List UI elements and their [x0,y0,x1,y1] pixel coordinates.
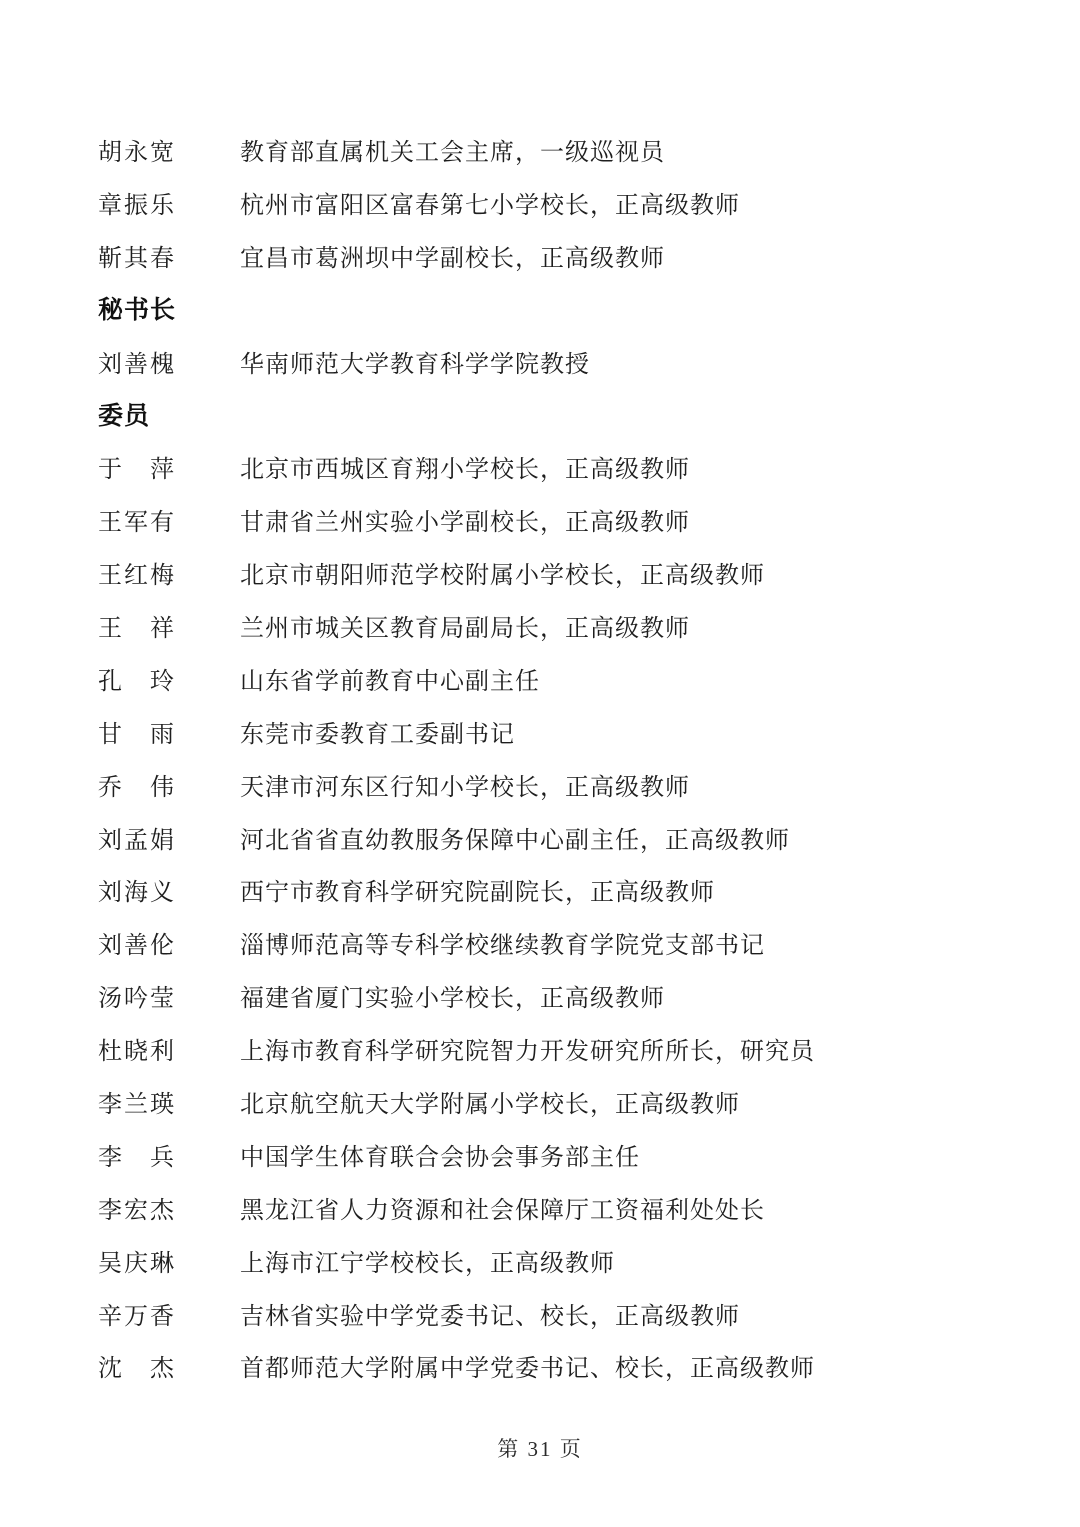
member-row: 辛万香 吉林省实验中学党委书记、校长，正高级教师 [98,1287,1040,1340]
member-row: 沈杰 首都师范大学附属中学党委书记、校长，正高级教师 [98,1339,1040,1392]
member-name: 刘善槐 [98,344,174,379]
member-name: 王祥 [98,608,174,643]
member-title: 北京航空航天大学附属小学校长，正高级教师 [240,1084,740,1119]
member-title: 天津市河东区行知小学校长，正高级教师 [240,767,690,802]
section-heading-row: 秘书长 [98,282,1040,335]
member-row: 李兵 中国学生体育联合会协会事务部主任 [98,1128,1040,1181]
member-row: 甘雨 东莞市委教育工委副书记 [98,705,1040,758]
member-name: 杜晓利 [98,1031,174,1066]
member-row: 刘善伦 淄博师范高等专科学校继续教育学院党支部书记 [98,916,1040,969]
member-row: 王红梅 北京市朝阳师范学校附属小学校长，正高级教师 [98,546,1040,599]
member-title: 中国学生体育联合会协会事务部主任 [240,1137,640,1172]
member-title: 东莞市委教育工委副书记 [240,714,515,749]
member-title: 上海市教育科学研究院智力开发研究所所长，研究员 [240,1031,815,1066]
member-row: 乔伟 天津市河东区行知小学校长，正高级教师 [98,758,1040,811]
member-row: 于萍 北京市西城区育翔小学校长，正高级教师 [98,440,1040,493]
member-name: 王红梅 [98,555,174,590]
member-row: 王祥 兰州市城关区教育局副局长，正高级教师 [98,599,1040,652]
member-row: 李兰瑛 北京航空航天大学附属小学校长，正高级教师 [98,1075,1040,1128]
member-title: 北京市西城区育翔小学校长，正高级教师 [240,449,690,484]
member-name: 刘善伦 [98,925,174,960]
member-title: 西宁市教育科学研究院副院长，正高级教师 [240,872,715,907]
member-title: 教育部直属机关工会主席，一级巡视员 [240,132,665,167]
page-number: 第 31 页 [0,1433,1080,1463]
member-title: 兰州市城关区教育局副局长，正高级教师 [240,608,690,643]
section-heading: 秘书长 [98,290,176,326]
member-title: 黑龙江省人力资源和社会保障厅工资福利处处长 [240,1190,765,1225]
member-name: 辛万香 [98,1296,174,1331]
member-name: 于萍 [98,449,174,484]
member-row: 王军有 甘肃省兰州实验小学副校长，正高级教师 [98,493,1040,546]
member-name: 甘雨 [98,714,174,749]
member-name: 刘海义 [98,872,174,907]
member-name: 李兵 [98,1137,174,1172]
member-name: 吴庆琳 [98,1243,174,1278]
member-title: 福建省厦门实验小学校长，正高级教师 [240,978,665,1013]
member-title: 甘肃省兰州实验小学副校长，正高级教师 [240,502,690,537]
member-name: 乔伟 [98,767,174,802]
member-row: 章振乐 杭州市富阳区富春第七小学校长，正高级教师 [98,176,1040,229]
member-name: 王军有 [98,502,174,537]
member-name: 胡永宽 [98,132,174,167]
member-title: 杭州市富阳区富春第七小学校长，正高级教师 [240,185,740,220]
member-title: 北京市朝阳师范学校附属小学校长，正高级教师 [240,555,765,590]
member-row: 李宏杰 黑龙江省人力资源和社会保障厅工资福利处处长 [98,1181,1040,1234]
member-row: 汤吟莹 福建省厦门实验小学校长，正高级教师 [98,969,1040,1022]
member-title: 华南师范大学教育科学学院教授 [240,344,590,379]
section-heading-row: 委员 [98,387,1040,440]
member-name: 刘孟娟 [98,820,174,855]
member-row: 杜晓利 上海市教育科学研究院智力开发研究所所长，研究员 [98,1022,1040,1075]
member-list: 胡永宽 教育部直属机关工会主席，一级巡视员 章振乐 杭州市富阳区富春第七小学校长… [98,123,1040,1392]
member-name: 李宏杰 [98,1190,174,1225]
member-name: 李兰瑛 [98,1084,174,1119]
document-page: 胡永宽 教育部直属机关工会主席，一级巡视员 章振乐 杭州市富阳区富春第七小学校长… [98,123,1040,1392]
member-row: 靳其春 宜昌市葛洲坝中学副校长，正高级教师 [98,229,1040,282]
section-heading: 委员 [98,396,150,432]
member-title: 淄博师范高等专科学校继续教育学院党支部书记 [240,925,765,960]
member-row: 刘善槐 华南师范大学教育科学学院教授 [98,335,1040,388]
member-title: 首都师范大学附属中学党委书记、校长，正高级教师 [240,1348,815,1383]
member-title: 宜昌市葛洲坝中学副校长，正高级教师 [240,238,665,273]
member-name: 章振乐 [98,185,174,220]
member-row: 刘孟娟 河北省省直幼教服务保障中心副主任，正高级教师 [98,811,1040,864]
member-name: 汤吟莹 [98,978,174,1013]
member-row: 刘海义 西宁市教育科学研究院副院长，正高级教师 [98,863,1040,916]
member-row: 吴庆琳 上海市江宁学校校长，正高级教师 [98,1234,1040,1287]
member-title: 吉林省实验中学党委书记、校长，正高级教师 [240,1296,740,1331]
member-name: 孔玲 [98,661,174,696]
member-row: 胡永宽 教育部直属机关工会主席，一级巡视员 [98,123,1040,176]
member-title: 山东省学前教育中心副主任 [240,661,540,696]
member-title: 上海市江宁学校校长，正高级教师 [240,1243,615,1278]
member-name: 靳其春 [98,238,174,273]
member-row: 孔玲 山东省学前教育中心副主任 [98,652,1040,705]
member-title: 河北省省直幼教服务保障中心副主任，正高级教师 [240,820,790,855]
member-name: 沈杰 [98,1348,174,1383]
